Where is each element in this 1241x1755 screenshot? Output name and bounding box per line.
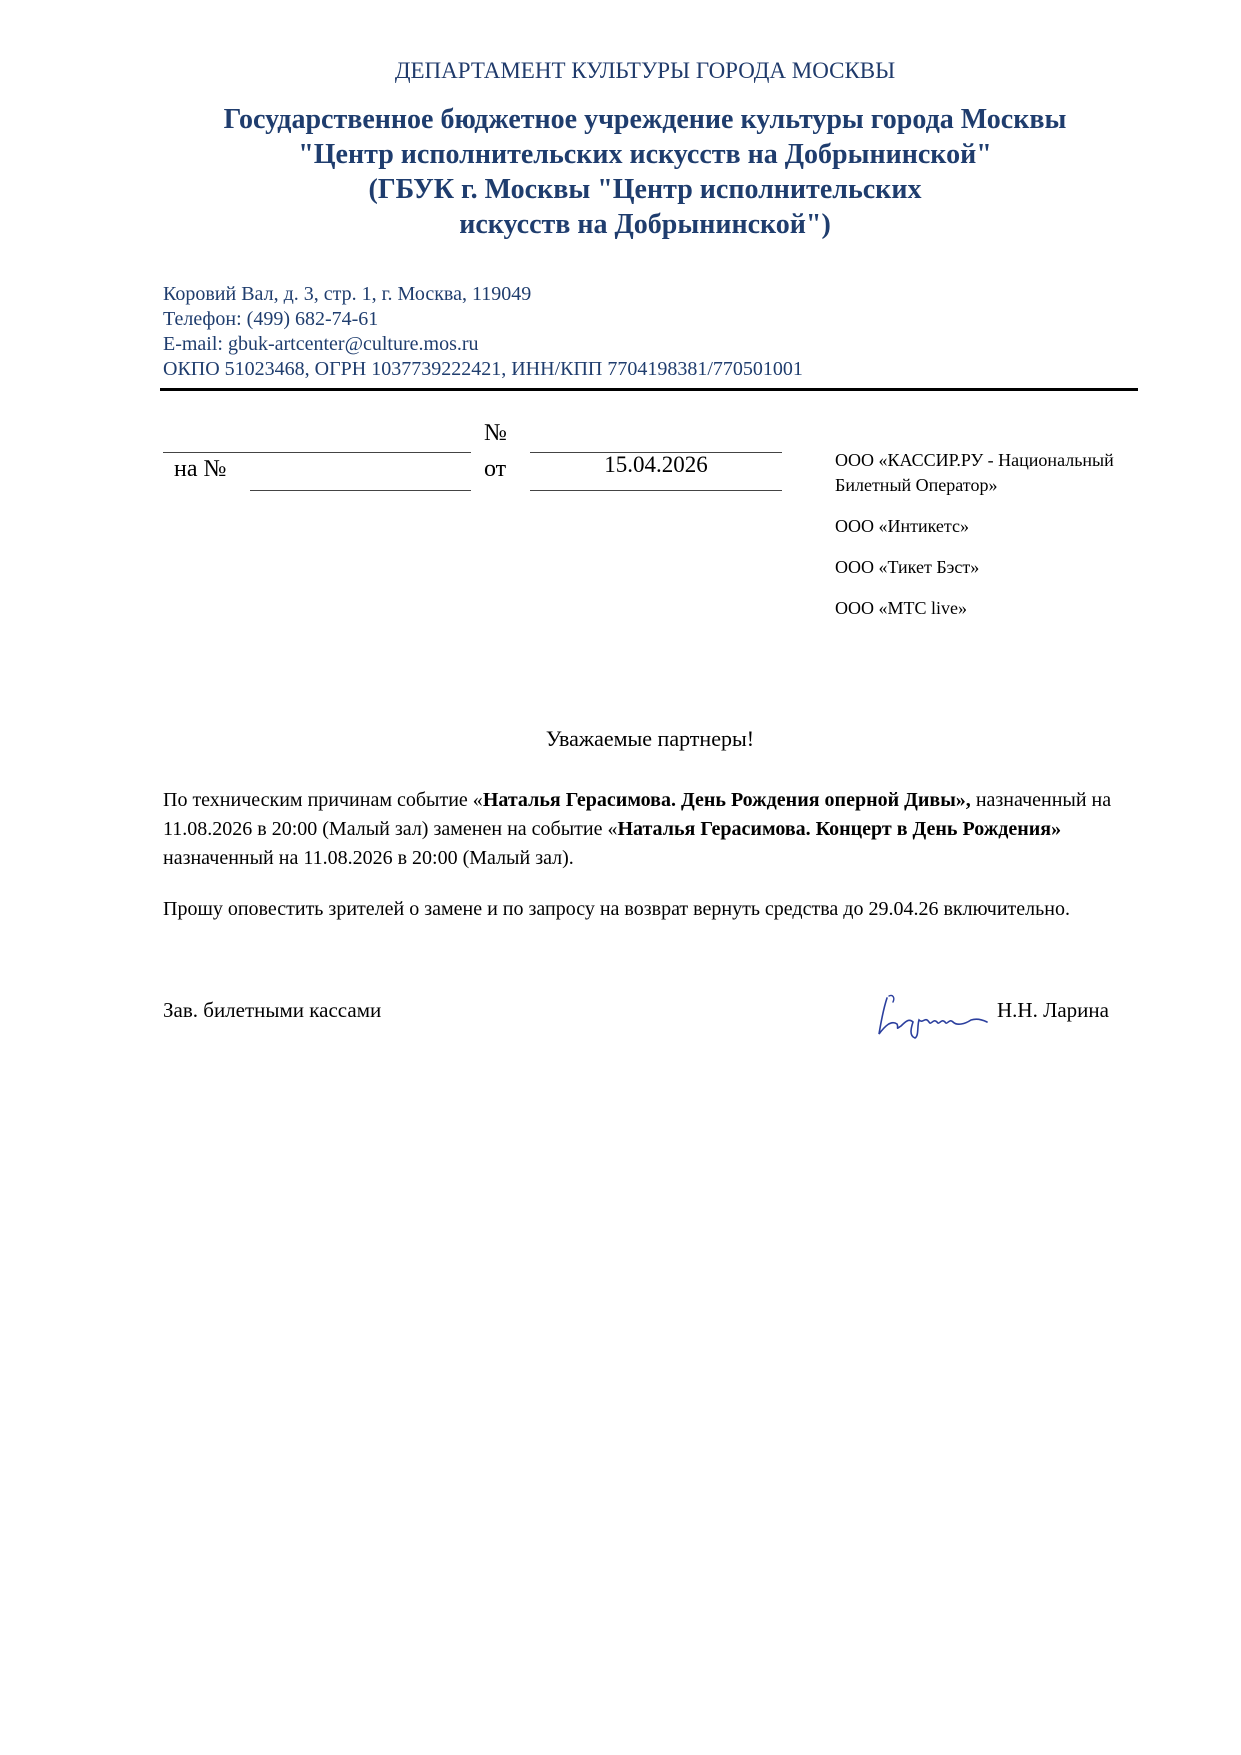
addressee: ООО «МТС live»: [835, 596, 1125, 621]
department-title: ДЕПАРТАМЕНТ КУЛЬТУРЫ ГОРОДА МОСКВЫ: [0, 58, 1241, 84]
paragraph-replacement: По техническим причинам событие «Наталья…: [163, 786, 1137, 873]
address: Коровий Вал, д. 3, стр. 1, г. Москва, 11…: [163, 282, 803, 307]
signer-role: Зав. билетными кассами: [163, 998, 381, 1023]
greeting: Уважаемые партнеры!: [0, 726, 1241, 752]
number-label: №: [484, 420, 507, 447]
outgoing-date-line: [163, 452, 471, 453]
organization-line: (ГБУК г. Москвы "Центр исполнительских: [0, 172, 1241, 207]
old-event-title: Наталья Герасимова. День Рождения оперно…: [483, 789, 971, 811]
phone: Телефон: (499) 682-74-61: [163, 307, 803, 332]
handwritten-signature-icon: [875, 990, 990, 1040]
date-value: 15.04.2026: [530, 452, 782, 478]
addressee: ООО «КАССИР.РУ - Национальный Билетный О…: [835, 448, 1125, 498]
date-label: от: [484, 456, 506, 483]
text: По техническим причинам событие «: [163, 789, 483, 811]
contacts-block: Коровий Вал, д. 3, стр. 1, г. Москва, 11…: [163, 282, 803, 382]
addressee: ООО «Тикет Бэст»: [835, 555, 1125, 580]
date-line: [530, 490, 782, 491]
email: E-mail: gbuk-artcenter@culture.mos.ru: [163, 332, 803, 357]
text: назначенный на 11.08.2026 в 20:00 (Малый…: [163, 847, 574, 869]
signer-name: Н.Н. Ларина: [997, 998, 1109, 1023]
addressee: ООО «Интикетс»: [835, 514, 1125, 539]
registry-codes: ОКПО 51023468, ОГРН 1037739222421, ИНН/К…: [163, 357, 803, 382]
paragraph-request: Прошу оповестить зрителей о замене и по …: [163, 895, 1137, 924]
reply-label: на №: [174, 456, 226, 483]
addressees: ООО «КАССИР.РУ - Национальный Билетный О…: [835, 448, 1125, 637]
reply-number-line: [250, 490, 471, 491]
organization-line: Государственное бюджетное учреждение кул…: [0, 102, 1241, 137]
organization-line: "Центр исполнительских искусств на Добры…: [0, 137, 1241, 172]
organization-name: Государственное бюджетное учреждение кул…: [0, 102, 1241, 242]
organization-line: искусств на Добрынинской"): [0, 207, 1241, 242]
header-divider: [160, 388, 1138, 391]
new-event-title: Наталья Герасимова. Концерт в День Рожде…: [617, 818, 1061, 840]
